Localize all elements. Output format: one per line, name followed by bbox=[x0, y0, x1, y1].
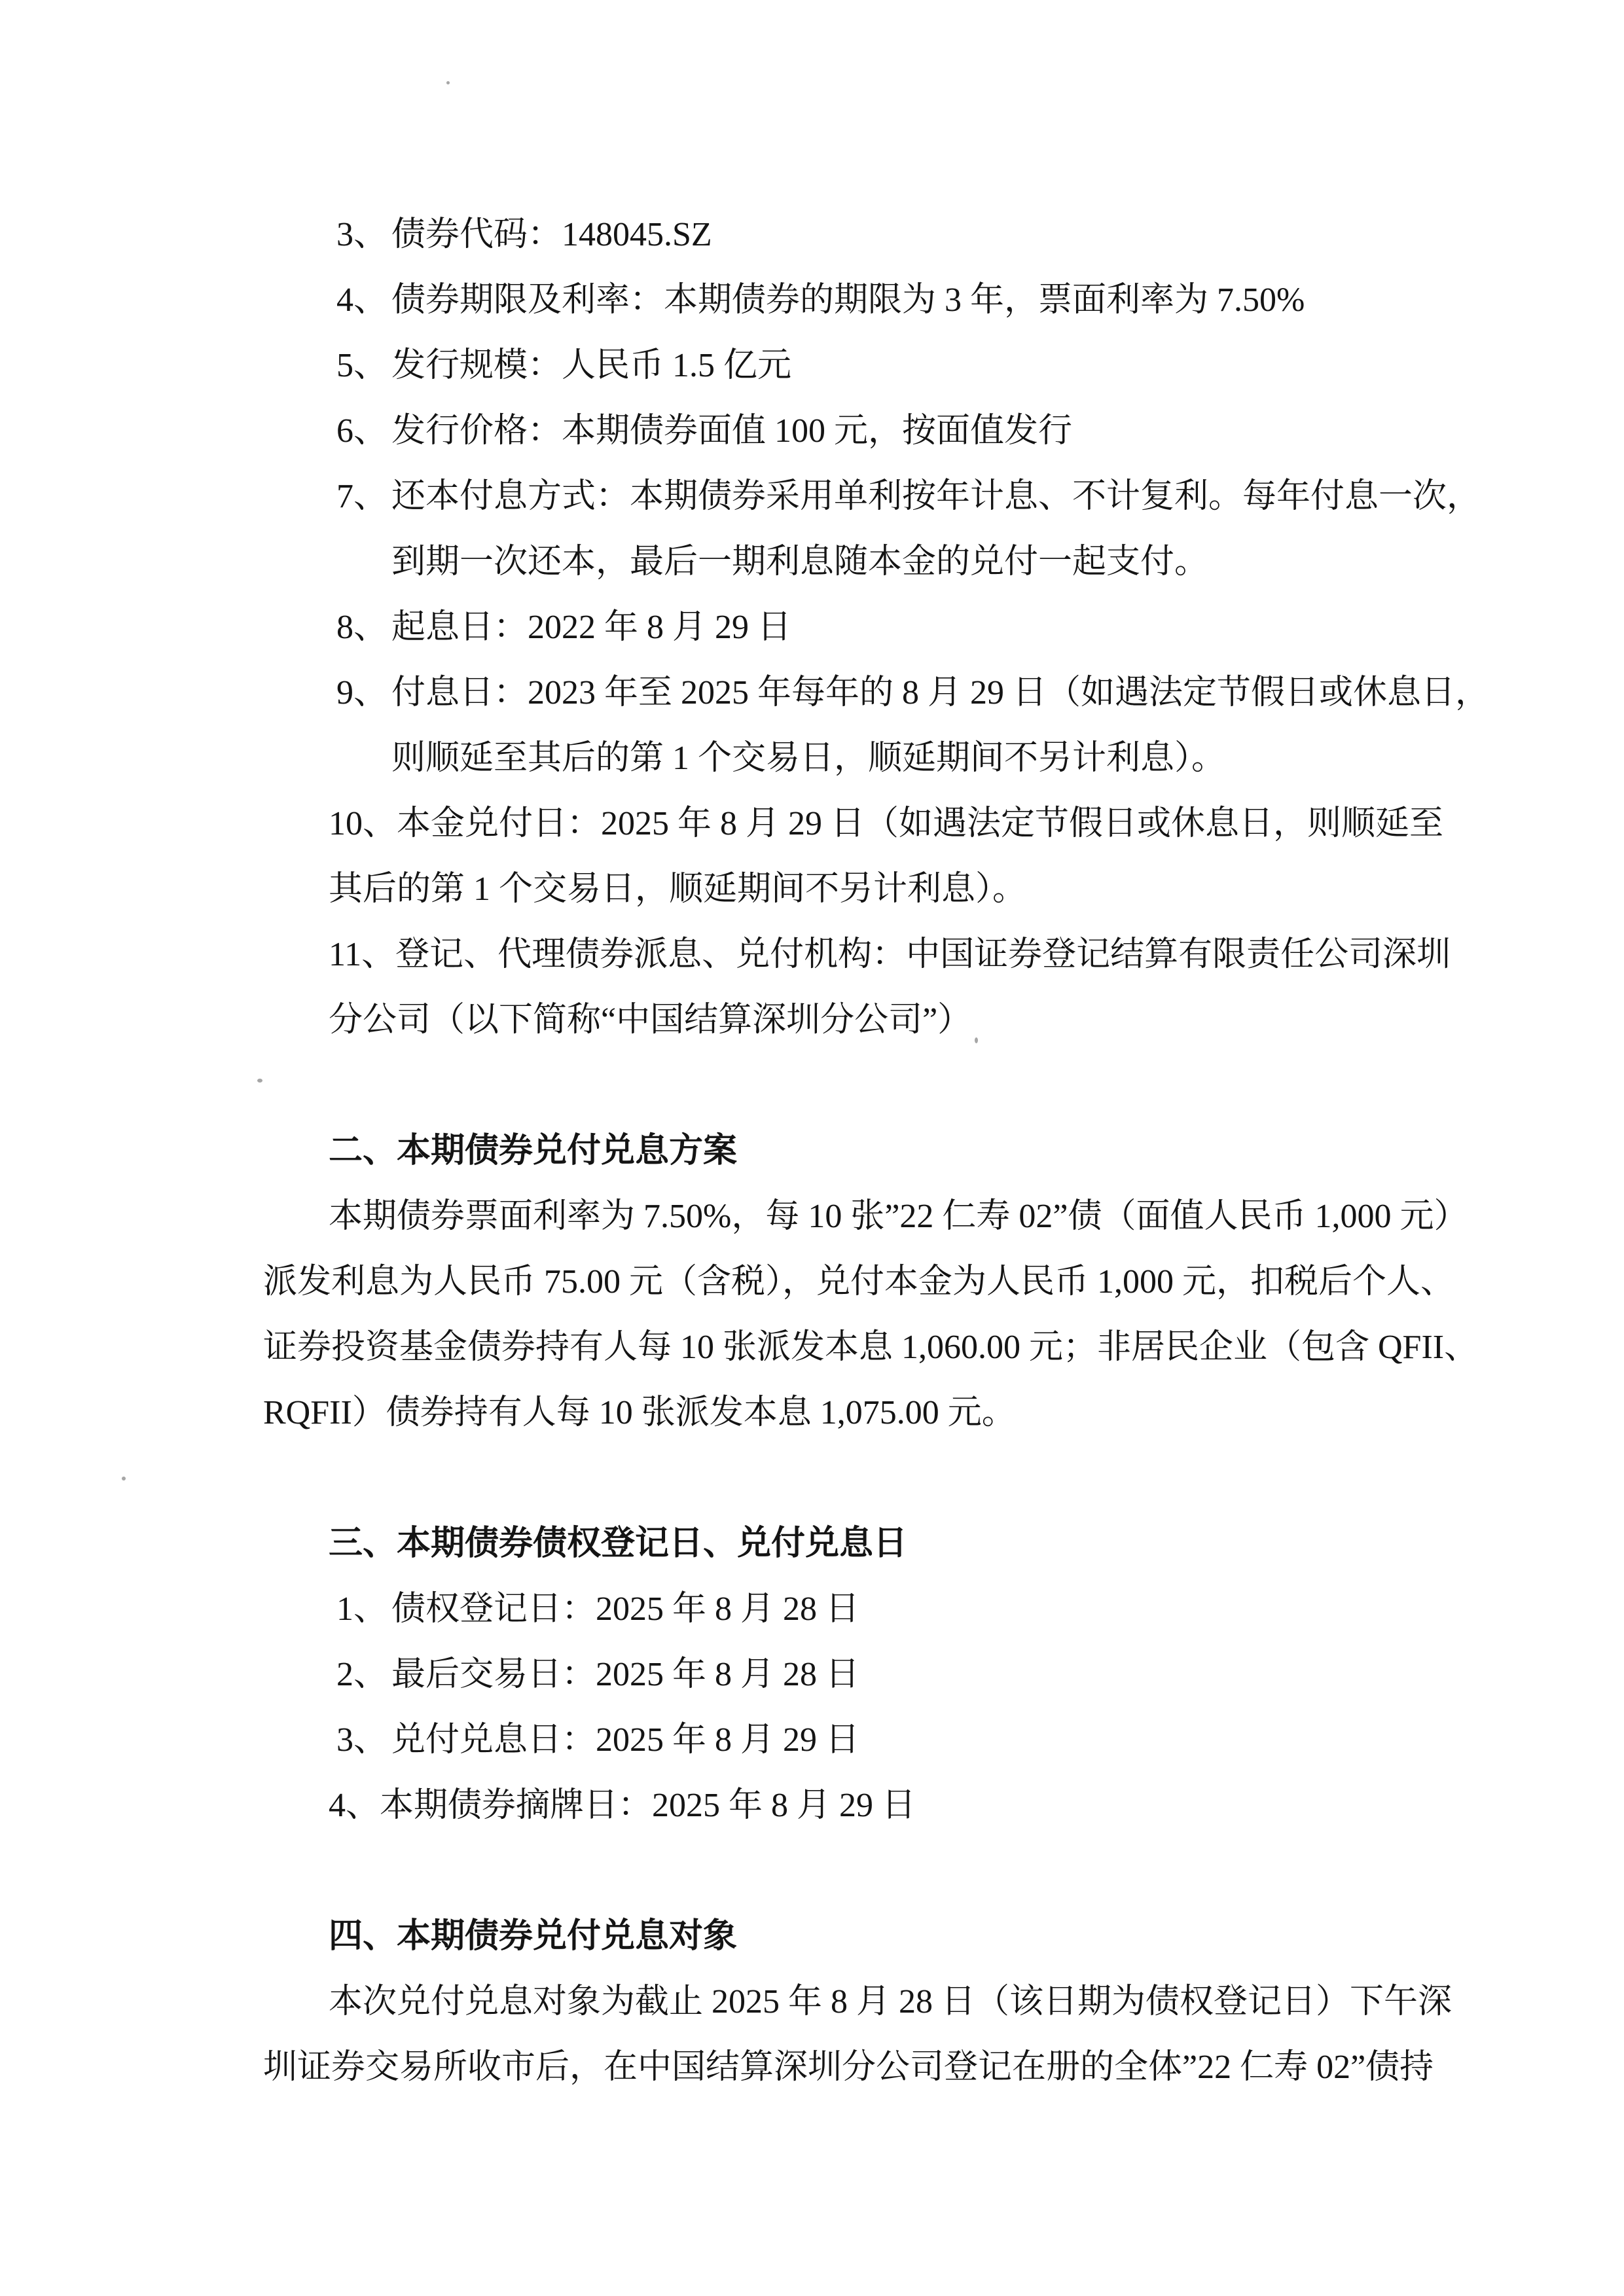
item-number: 4、 bbox=[329, 1787, 380, 1824]
document-page: 3、债券代码：148045.SZ 4、债券期限及利率：本期债券的期限为 3 年，… bbox=[0, 0, 1624, 2296]
item-number: 6、 bbox=[336, 399, 391, 464]
section4-paragraph-line-2: 圳证券交易所收市后，在中国结算深圳分公司登记在册的全体”22 仁寿 02”债持 bbox=[263, 2035, 1402, 2100]
item-text: 付息日：2023 年至 2025 年每年的 8 月 29 日（如遇法定节假日或休… bbox=[391, 674, 1489, 711]
item-text: 本期债券摘牌日：2025 年 8 月 29 日 bbox=[380, 1787, 916, 1824]
item-number: 9、 bbox=[336, 660, 391, 726]
item-principal-payment-date-cont: 其后的第 1 个交易日，顺延期间不另计利息）。 bbox=[263, 857, 1402, 922]
item-number: 3、 bbox=[336, 1708, 391, 1773]
item-repayment-method: 7、还本付息方式：本期债券采用单利按年计息、不计复利。每年付息一次， bbox=[263, 464, 1402, 529]
section4-heading: 四、本期债券兑付兑息对象 bbox=[263, 1904, 1402, 1969]
item-text: 还本付息方式：本期债券采用单利按年计息、不计复利。每年付息一次， bbox=[391, 478, 1481, 515]
item-interest-payment-date: 9、付息日：2023 年至 2025 年每年的 8 月 29 日（如遇法定节假日… bbox=[263, 660, 1402, 726]
item-number: 4、 bbox=[336, 268, 391, 333]
item-interest-payment-date-cont: 则顺延至其后的第 1 个交易日，顺延期间不另计利息）。 bbox=[263, 726, 1402, 791]
section2-paragraph-line-1: 本期债券票面利率为 7.50%，每 10 张”22 仁寿 02”债（面值人民币 … bbox=[263, 1184, 1402, 1249]
item-text: 发行价格：本期债券面值 100 元，按面值发行 bbox=[391, 412, 1072, 450]
scan-speck bbox=[257, 1079, 262, 1083]
item-repayment-method-cont: 到期一次还本，最后一期利息随本金的兑付一起支付。 bbox=[263, 529, 1402, 595]
section2-paragraph-line-3: 证券投资基金债券持有人每 10 张派发本息 1,060.00 元；非居民企业（包… bbox=[263, 1315, 1402, 1380]
item-text: 债权登记日：2025 年 8 月 28 日 bbox=[391, 1590, 859, 1628]
item-issue-price: 6、发行价格：本期债券面值 100 元，按面值发行 bbox=[263, 399, 1402, 464]
section3-item-delisting-date: 4、本期债券摘牌日：2025 年 8 月 29 日 bbox=[263, 1773, 1402, 1839]
item-number: 3、 bbox=[336, 202, 391, 268]
item-number: 8、 bbox=[336, 595, 391, 660]
item-registrar-agent-cont: 分公司（以下简称“中国结算深圳分公司”） bbox=[263, 988, 1402, 1053]
scan-speck bbox=[446, 81, 450, 84]
item-number: 5、 bbox=[336, 333, 391, 399]
item-number: 11、 bbox=[329, 936, 395, 973]
section2-paragraph-line-2: 派发利息为人民币 75.00 元（含税），兑付本金为人民币 1,000 元，扣税… bbox=[263, 1249, 1402, 1315]
item-text: 债券期限及利率：本期债券的期限为 3 年，票面利率为 7.50% bbox=[391, 281, 1305, 319]
item-number: 2、 bbox=[336, 1642, 391, 1708]
item-text: 起息日：2022 年 8 月 29 日 bbox=[391, 609, 791, 646]
item-term-and-rate: 4、债券期限及利率：本期债券的期限为 3 年，票面利率为 7.50% bbox=[263, 268, 1402, 333]
section3-heading: 三、本期债券债权登记日、兑付兑息日 bbox=[263, 1511, 1402, 1577]
item-value-date: 8、起息日：2022 年 8 月 29 日 bbox=[263, 595, 1402, 660]
section3-item-payment-date: 3、兑付兑息日：2025 年 8 月 29 日 bbox=[263, 1708, 1402, 1773]
item-issue-scale: 5、发行规模：人民币 1.5 亿元 bbox=[263, 333, 1402, 399]
section3-item-last-trading-date: 2、最后交易日：2025 年 8 月 28 日 bbox=[263, 1642, 1402, 1708]
item-text: 发行规模：人民币 1.5 亿元 bbox=[391, 347, 791, 384]
document-body: 3、债券代码：148045.SZ 4、债券期限及利率：本期债券的期限为 3 年，… bbox=[263, 202, 1402, 2100]
section2-paragraph-line-4: RQFII）债券持有人每 10 张派发本息 1,075.00 元。 bbox=[263, 1380, 1402, 1446]
item-text: 最后交易日：2025 年 8 月 28 日 bbox=[391, 1656, 859, 1693]
section3-item-registration-date: 1、债权登记日：2025 年 8 月 28 日 bbox=[263, 1577, 1402, 1642]
section2-heading: 二、本期债券兑付兑息方案 bbox=[263, 1119, 1402, 1184]
item-number: 7、 bbox=[336, 464, 391, 529]
item-text: 兑付兑息日：2025 年 8 月 29 日 bbox=[391, 1721, 859, 1759]
item-number: 10、 bbox=[329, 805, 397, 842]
item-text: 本金兑付日：2025 年 8 月 29 日（如遇法定节假日或休息日，则顺延至 bbox=[397, 805, 1443, 842]
item-bond-code: 3、债券代码：148045.SZ bbox=[263, 202, 1402, 268]
item-text: 债券代码：148045.SZ bbox=[391, 216, 712, 253]
scan-speck bbox=[122, 1477, 126, 1480]
item-number: 1、 bbox=[336, 1577, 391, 1642]
item-principal-payment-date: 10、本金兑付日：2025 年 8 月 29 日（如遇法定节假日或休息日，则顺延… bbox=[263, 791, 1402, 857]
item-registrar-agent: 11、登记、代理债券派息、兑付机构：中国证券登记结算有限责任公司深圳 bbox=[263, 922, 1402, 988]
section4-paragraph-line-1: 本次兑付兑息对象为截止 2025 年 8 月 28 日（该日期为债权登记日）下午… bbox=[263, 1969, 1402, 2035]
item-text: 登记、代理债券派息、兑付机构：中国证券登记结算有限责任公司深圳 bbox=[395, 936, 1451, 973]
